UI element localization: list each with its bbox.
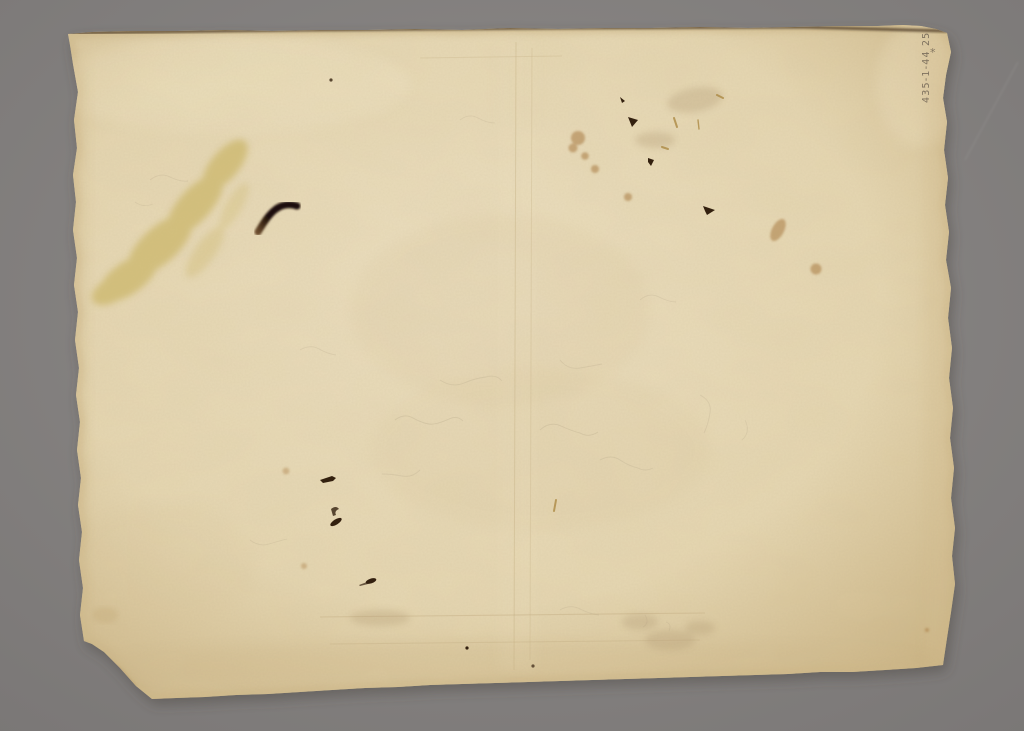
foxing-spot (569, 144, 578, 153)
foxing-spot (301, 563, 307, 569)
photo-canvas: 435-1-44 25 * (0, 0, 1024, 731)
foxing-spot (811, 264, 822, 275)
ochre-fleck (698, 120, 699, 129)
smudge (350, 610, 410, 626)
smudge (635, 132, 675, 148)
smudge (622, 614, 658, 630)
pencil-star-mark: * (930, 46, 936, 59)
paper-blotch-texture (55, 18, 965, 713)
foxing-spot (624, 193, 632, 201)
foxing-spot (925, 628, 929, 632)
ink-speck (465, 646, 468, 649)
paper-detail-layer: 435-1-44 25 * (50, 18, 965, 713)
accession-number-text: 435-1-44 25 (921, 32, 932, 103)
foxing-spot (571, 131, 585, 145)
ink-speck (531, 664, 534, 667)
ink-speck (329, 78, 332, 81)
paper-sheet: 435-1-44 25 * (50, 18, 965, 713)
foxing-spot (283, 468, 290, 475)
photograph-of-paper-verso: 435-1-44 25 * (0, 0, 1024, 731)
smudge (645, 630, 695, 650)
foxing-spot (591, 165, 599, 173)
foxing-spot (581, 152, 589, 160)
smudge (685, 621, 715, 635)
